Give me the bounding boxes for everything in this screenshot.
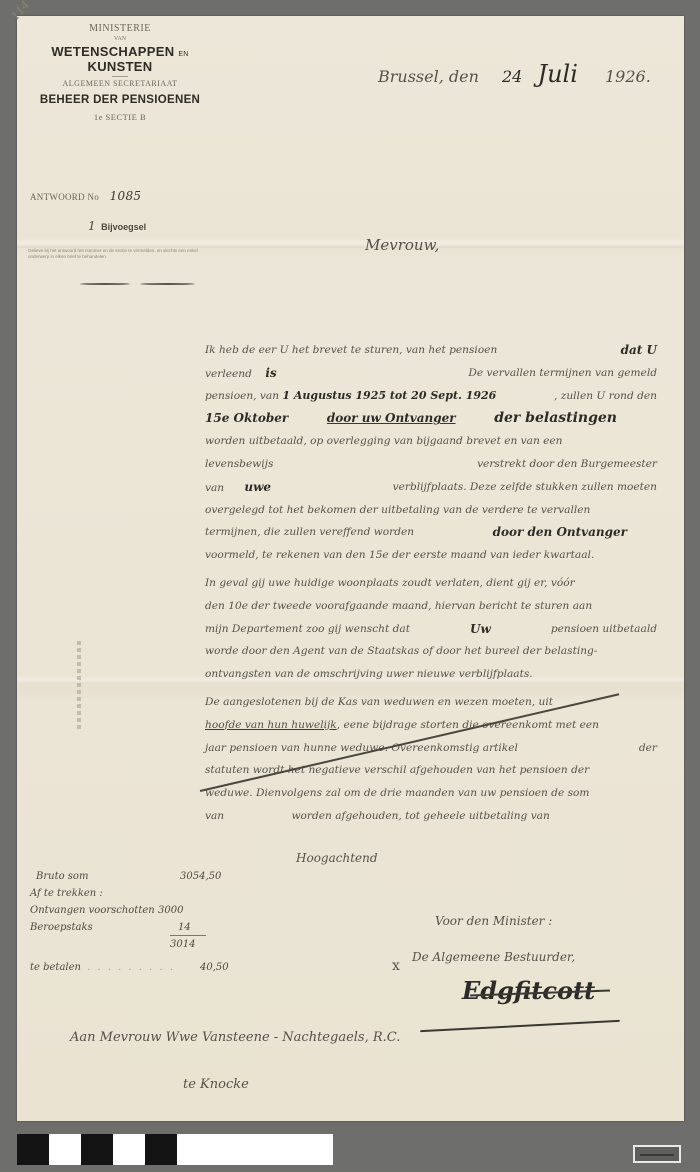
body-line: overgelegd tot het bekomen der uitbetali…	[205, 499, 657, 522]
handwritten-fill: uwe	[244, 480, 271, 494]
payment-calculation: Bruto som 3054,50 Af te trekken : Ontvan…	[30, 868, 260, 976]
salutation: Mevrouw,	[365, 236, 439, 254]
signature-line-2: De Algemeene Bestuurder,	[412, 950, 575, 964]
body-line: statuten wordt het negatieve verschil af…	[205, 759, 657, 782]
ministry-label: MINISTERIE	[20, 23, 220, 34]
ledger-row: Af te trekken :	[30, 885, 260, 902]
handwritten-fill: der belastingen	[494, 407, 617, 430]
body-line: levensbewijs verstrekt door den Burgemee…	[205, 453, 657, 476]
scale-block-black	[81, 1134, 113, 1165]
margin-stamp	[77, 641, 81, 731]
body-line: voormeld, te rekenen van den 15e der eer…	[205, 544, 657, 567]
body-line: hoofde van hun huwelijk, eene bijdrage s…	[205, 714, 657, 737]
department-name: WETENSCHAPPEN EN KUNSTEN	[20, 44, 220, 74]
body-line: worde door den Agent van de Staatskas of…	[205, 640, 657, 663]
ledger-row: 3014	[30, 936, 260, 953]
attachment-row: 1 Bijvoegsel	[88, 219, 146, 233]
scale-block-white	[113, 1134, 145, 1165]
handwritten-fill: 1 Augustus 1925 tot 20 Sept. 1926	[282, 389, 496, 402]
attachment-label: Bijvoegsel	[101, 222, 146, 232]
ledger-row: Beroepstaks 14	[30, 919, 260, 936]
attachment-count: 1	[88, 219, 96, 233]
handwritten-fill: dat U	[621, 339, 657, 362]
paper-fold	[17, 238, 684, 248]
date-month: Juli	[537, 60, 577, 88]
van-label: VAN	[20, 36, 220, 42]
secretariat-label: ALGEMEEN SECRETARIAAT	[20, 79, 220, 88]
color-scale-bar	[17, 1134, 333, 1165]
division-name: BEHEER DER PENSIOENEN	[20, 94, 220, 106]
date-line: Brussel, den 24 Juli 1926.	[378, 60, 651, 88]
body-line: In geval gij uwe huidige woonplaats zoud…	[205, 572, 657, 595]
handwritten-fill: door den Ontvanger	[493, 521, 627, 544]
handwritten-fill: Uw	[470, 618, 491, 641]
ledger-row: Bruto som 3054,50	[30, 868, 260, 885]
body-line: van worden afgehouden, tot geheele uitbe…	[205, 805, 657, 828]
date-day: 24	[502, 67, 522, 86]
separator	[112, 76, 128, 77]
scale-block-black	[17, 1134, 49, 1165]
closing: Hoogachtend	[296, 851, 378, 865]
handwritten-fill: door uw Ontvanger	[327, 407, 456, 430]
date-year: 1926.	[605, 67, 651, 86]
body-line: den 10e der tweede voorafgaande maand, h…	[205, 595, 657, 618]
recipient-place: te Knocke	[183, 1077, 249, 1092]
letterhead-fineprint: Gelieve bij het antwoord het nummer en d…	[28, 248, 213, 260]
handwritten-fill: is	[265, 366, 276, 380]
body-line: worden uitbetaald, op overlegging van bi…	[205, 430, 657, 453]
signature-line-1: Voor den Minister :	[435, 914, 552, 928]
cross-mark: x	[392, 958, 400, 974]
scale-block-white	[177, 1134, 333, 1165]
date-place: Brussel, den	[378, 67, 479, 86]
handwritten-fill: 15e Oktober	[205, 407, 288, 430]
body-line: weduwe. Dienvolgens zal om de drie maand…	[205, 782, 657, 805]
letterhead-rule	[80, 283, 130, 285]
ledger-row: Ontvangen voorschotten 3000	[30, 902, 260, 919]
scale-block-black	[145, 1134, 177, 1165]
answer-number-row: ANTWOORD No 1085	[30, 189, 141, 203]
body-line: mijn Departement zoo gij wenscht dat Uw …	[205, 618, 657, 641]
body-line: van uwe verblijfplaats. Deze zelfde stuk…	[205, 476, 657, 499]
archive-label-icon	[633, 1145, 681, 1163]
ledger-row: te betalen. . . . . . . . . 40,50	[30, 959, 260, 976]
letterhead-rule	[140, 283, 195, 285]
body-line: 15e Oktober door uw Ontvanger der belast…	[205, 407, 657, 430]
recipient-address: Aan Mevrouw Wwe Vansteene - Nachtegaels,…	[70, 1030, 400, 1045]
body-line: verleend is De vervallen termijnen van g…	[205, 362, 657, 385]
body-line: pensioen, van 1 Augustus 1925 tot 20 Sep…	[205, 385, 657, 408]
letterhead: MINISTERIE VAN WETENSCHAPPEN EN KUNSTEN …	[20, 20, 220, 128]
answer-label: ANTWOORD No	[30, 192, 99, 202]
answer-number: 1085	[110, 189, 142, 203]
scale-block-white	[49, 1134, 81, 1165]
body-line: termijnen, die zullen vereffend worden d…	[205, 521, 657, 544]
body-line: ontvangsten van de omschrijving uwer nie…	[205, 663, 657, 686]
letter-body: Ik heb de eer U het brevet te sturen, va…	[205, 339, 657, 828]
body-line: De aangeslotenen bij de Kas van weduwen …	[205, 691, 657, 714]
body-line: Ik heb de eer U het brevet te sturen, va…	[205, 339, 657, 362]
body-line: jaar pensioen van hunne weduwe. Overeenk…	[205, 737, 657, 760]
section-label: 1e SECTIE B	[20, 112, 220, 122]
